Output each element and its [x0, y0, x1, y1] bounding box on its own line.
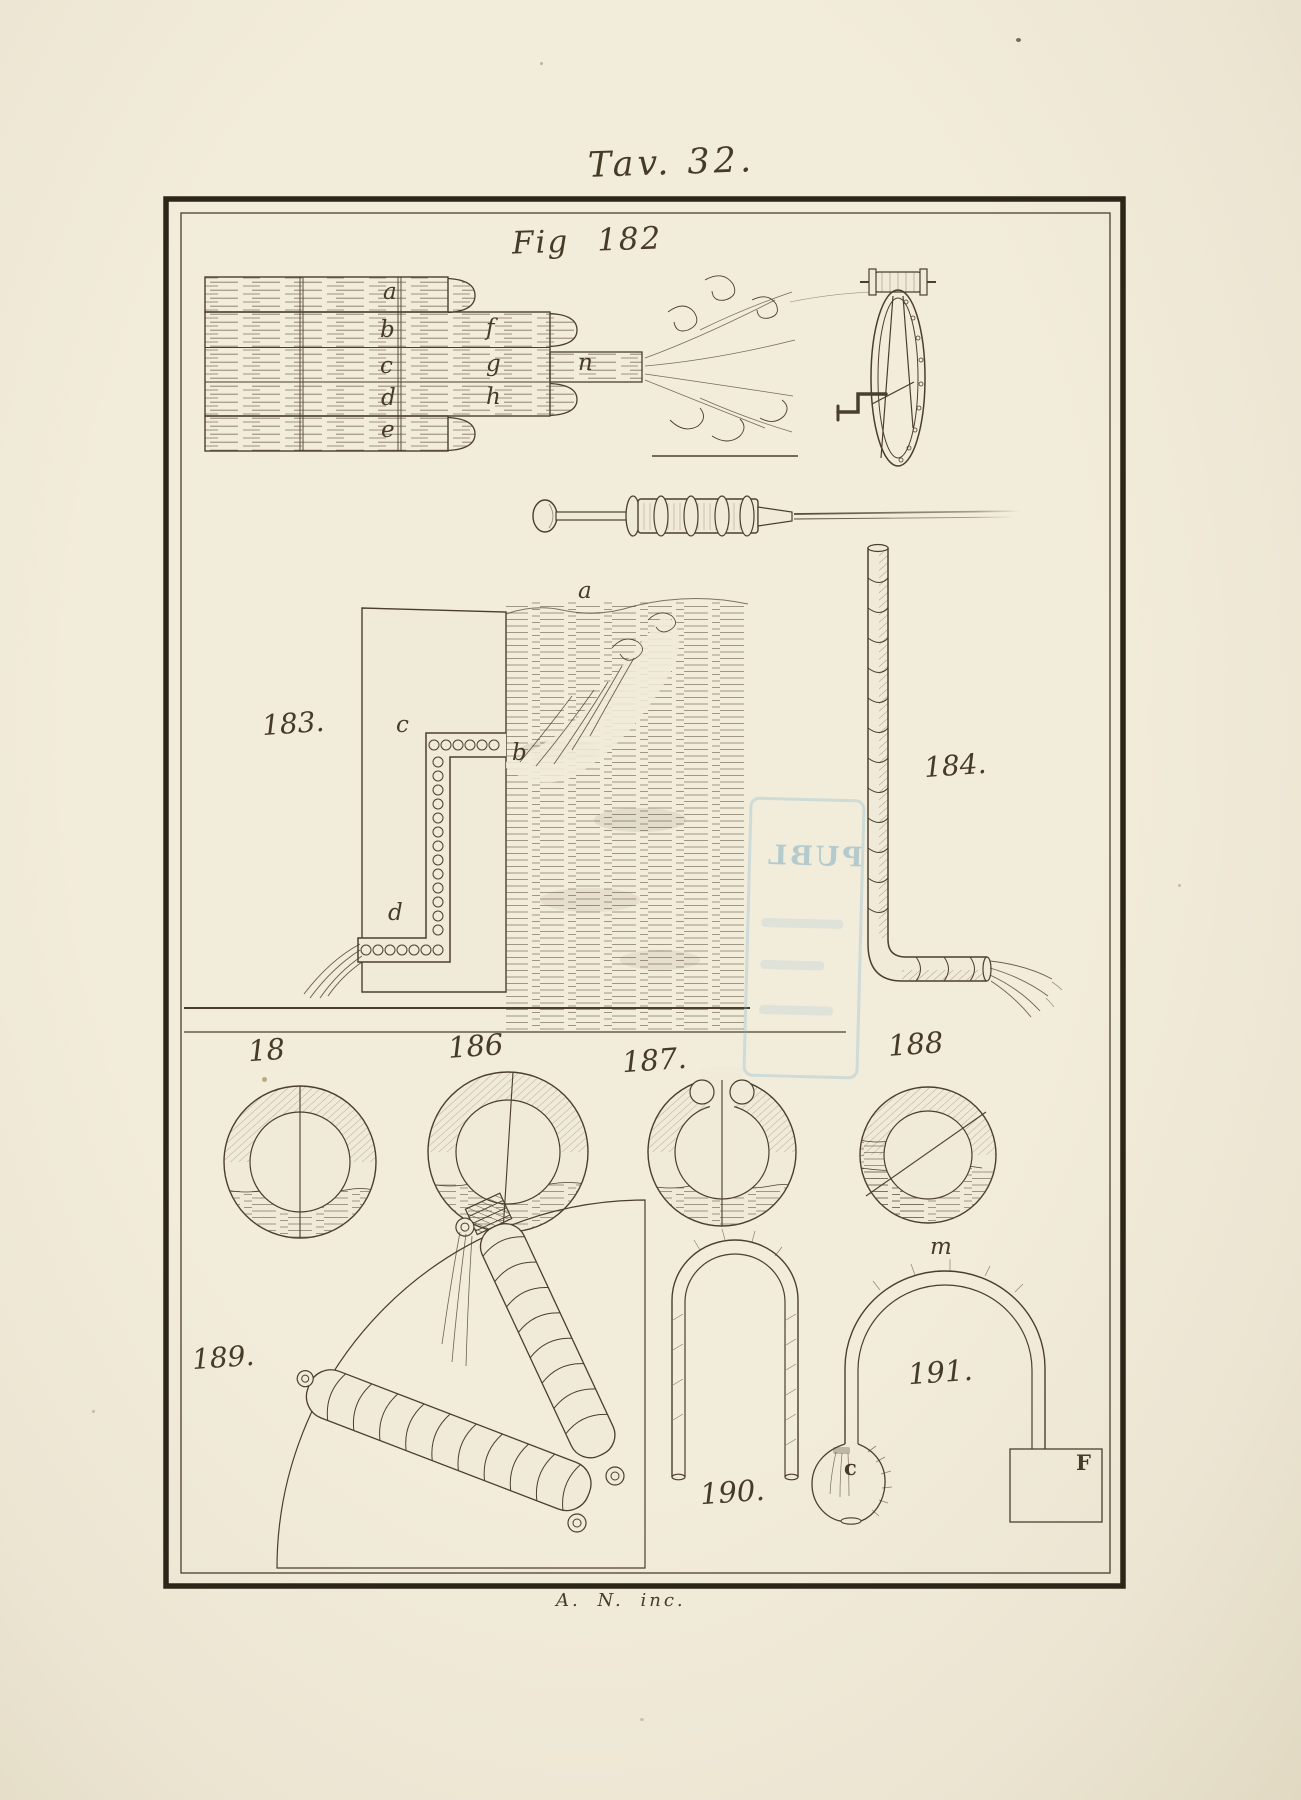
fig191-part-F: F — [1076, 1452, 1091, 1473]
fig-185-drawing — [224, 1086, 376, 1240]
engraving-artwork — [0, 0, 1301, 1800]
fig-188-drawing — [860, 1087, 996, 1230]
fig187-number: 187. — [621, 1044, 687, 1077]
stamp-blur-line — [759, 1005, 833, 1016]
plate-number-title: Tav. 32. — [587, 143, 755, 184]
fig183-number: 183. — [261, 708, 325, 740]
fig182-part-n: n — [578, 352, 593, 375]
fig183-part-d: d — [388, 902, 403, 925]
paper-speck — [640, 1718, 644, 1721]
engraved-plate-page: Tav. 32. Fig 182 a b c d e f g h n 183. … — [0, 0, 1301, 1800]
engraver-signature: A. N. inc. — [556, 1592, 686, 1610]
fig-190-drawing — [672, 1229, 798, 1480]
stamp-blur-line — [761, 918, 843, 929]
fig185-number: 18 — [247, 1035, 286, 1067]
fig182-part-f: f — [486, 317, 495, 340]
syringe-drawing — [533, 496, 1020, 536]
fig182-part-a: a — [383, 281, 397, 304]
paper-speck — [262, 1077, 267, 1082]
stamp-blur-line — [760, 960, 824, 971]
library-stamp-bleedthrough: PUBL — [742, 797, 865, 1080]
fig182-part-h: h — [486, 386, 501, 409]
fig182-part-d: d — [381, 387, 396, 410]
fig182-part-e: e — [381, 419, 395, 442]
fig190-number: 190. — [699, 1476, 765, 1509]
fig188-number: 188 — [887, 1028, 944, 1061]
fig183-part-b: b — [512, 742, 527, 765]
fig191-part-c: c — [844, 1457, 857, 1478]
fig189-number: 189. — [191, 1342, 255, 1374]
fig183-part-c: c — [396, 714, 409, 737]
paper-speck — [1016, 38, 1021, 42]
fig182-part-b: b — [380, 319, 395, 342]
paper-speck — [92, 1410, 95, 1413]
fig182-part-c: c — [380, 355, 393, 378]
fig184-number: 184. — [923, 750, 987, 782]
crank-wheel-drawing — [838, 269, 936, 466]
stamp-text: PUBL — [765, 840, 863, 874]
fig182-part-g: g — [486, 353, 501, 376]
fig-182-drawing — [205, 276, 904, 456]
paper-speck — [1178, 884, 1181, 887]
fig186-number: 186 — [447, 1030, 504, 1063]
fig191-number: 191. — [907, 1356, 973, 1389]
fig183-part-a: a — [578, 580, 592, 603]
paper-speck — [540, 62, 543, 65]
fig-189-drawing — [277, 1191, 645, 1568]
fig182-caption: Fig 182 — [512, 223, 663, 259]
fig-187-drawing — [648, 1066, 796, 1230]
fig191-part-m: m — [930, 1236, 952, 1259]
fig-191-drawing — [812, 1259, 1102, 1524]
